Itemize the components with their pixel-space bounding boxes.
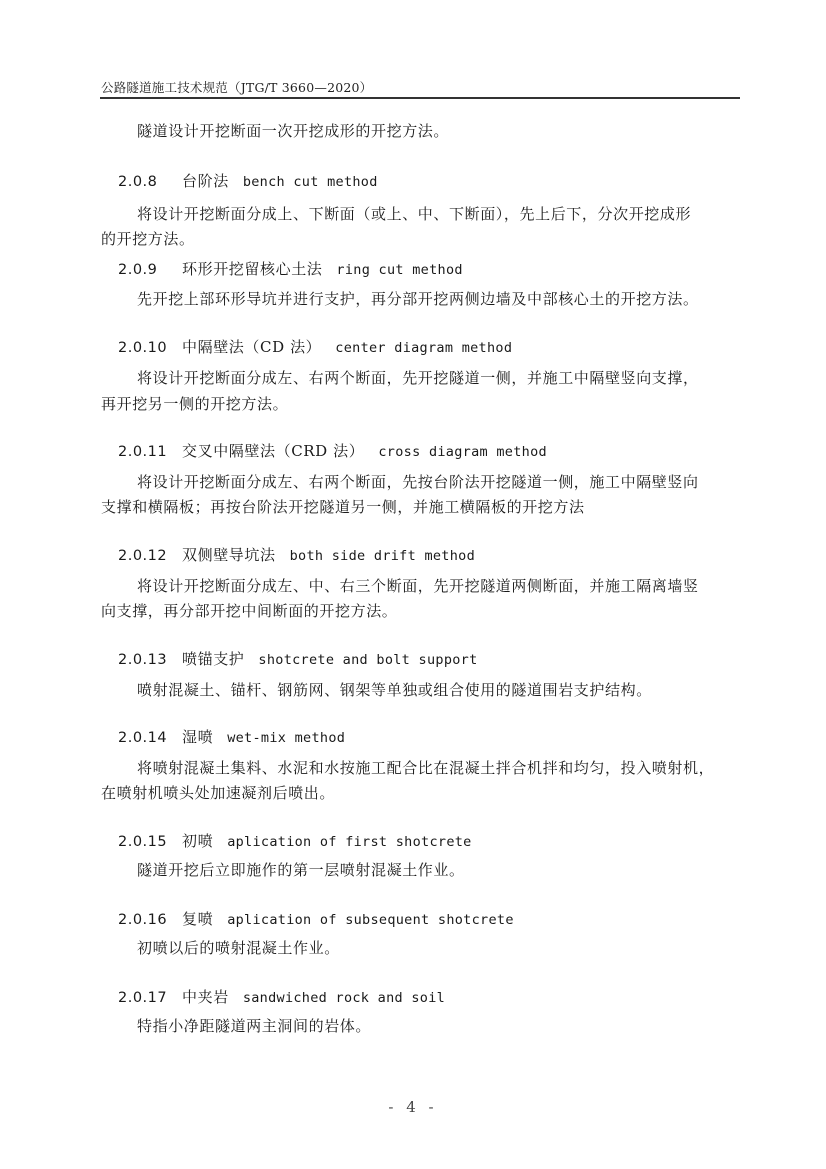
definition-line: 将设计开挖断面分成上、下断面（或上、中、下断面），先上后下，分次开挖成形 [137, 203, 691, 224]
definition-line: 向支撑，再分部开挖中间断面的开挖方法。 [101, 600, 397, 621]
term-cn: 台阶法 [182, 172, 229, 190]
term-number: 2.0.14 [118, 730, 182, 746]
definition-line: 初喷以后的喷射混凝土作业。 [137, 937, 340, 958]
term-number: 2.0.15 [118, 834, 182, 850]
term-en: sandwiched rock and soil [243, 990, 445, 1006]
term-heading: 2.0.9环形开挖留核心土法ring cut method [118, 258, 463, 279]
term-cn: 喷锚支护 [182, 650, 244, 668]
term-number: 2.0.12 [118, 548, 182, 564]
term-number: 2.0.17 [118, 990, 182, 1006]
term-number: 2.0.9 [118, 262, 182, 278]
definition-line: 将设计开挖断面分成左、右两个断面，先开挖隧道一侧，并施工中隔壁竖向支撑， [137, 367, 699, 388]
running-header: 公路隧道施工技术规范（JTG/T 3660—2020） [101, 78, 372, 96]
term-number: 2.0.13 [118, 652, 182, 668]
term-cn: 中隔壁法（CD 法） [182, 338, 321, 356]
term-cn: 交叉中隔壁法（CRD 法） [182, 442, 364, 460]
term-heading: 2.0.11交叉中隔壁法（CRD 法）cross diagram method [118, 440, 547, 461]
definition-line: 隧道开挖后立即施作的第一层喷射混凝土作业。 [137, 859, 465, 880]
definition-line: 先开挖上部环形导坑并进行支护，再分部开挖两侧边墙及中部核心土的开挖方法。 [137, 288, 699, 309]
term-number: 2.0.16 [118, 912, 182, 928]
term-heading: 2.0.13喷锚支护shotcrete and bolt support [118, 648, 478, 669]
term-heading: 2.0.14湿喷wet-mix method [118, 726, 345, 747]
term-cn: 初喷 [182, 832, 213, 850]
header-rule [100, 97, 740, 99]
term-en: aplication of subsequent shotcrete [227, 912, 514, 928]
term-number: 2.0.8 [118, 174, 182, 190]
term-number: 2.0.10 [118, 340, 182, 356]
term-en: wet-mix method [227, 730, 345, 746]
definition-line: 支撑和横隔板；再按台阶法开挖隧道另一侧，并施工横隔板的开挖方法 [101, 496, 585, 517]
definition-line: 再开挖另一侧的开挖方法。 [101, 393, 288, 414]
page-number: - 4 - [0, 1098, 826, 1116]
definition-line: 特指小净距隧道两主洞间的岩体。 [137, 1015, 371, 1036]
definition-line: 将设计开挖断面分成左、中、右三个断面，先开挖隧道两侧断面，并施工隔离墙竖 [137, 575, 699, 596]
term-cn: 中夹岩 [182, 988, 229, 1006]
term-en: both side drift method [290, 548, 475, 564]
term-heading: 2.0.17中夹岩sandwiched rock and soil [118, 986, 445, 1007]
term-cn: 湿喷 [182, 728, 213, 746]
definition-line: 在喷射机喷头处加速凝剂后喷出。 [101, 782, 335, 803]
intro-line: 隧道设计开挖断面一次开挖成形的开挖方法。 [137, 120, 449, 141]
term-cn: 复喷 [182, 910, 213, 928]
definition-line: 将喷射混凝土集料、水泥和水按施工配合比在混凝土拌合机拌和均匀，投入喷射机， [137, 757, 714, 778]
term-heading: 2.0.12双侧壁导坑法both side drift method [118, 544, 475, 565]
term-number: 2.0.11 [118, 444, 182, 460]
term-en: shotcrete and bolt support [258, 652, 477, 668]
definition-line: 的开挖方法。 [101, 228, 195, 249]
term-cn: 环形开挖留核心土法 [182, 260, 322, 278]
term-en: bench cut method [243, 174, 378, 190]
term-en: ring cut method [336, 262, 462, 278]
term-cn: 双侧壁导坑法 [182, 546, 276, 564]
term-en: center diagram method [335, 340, 512, 356]
term-en: aplication of first shotcrete [227, 834, 471, 850]
definition-line: 将设计开挖断面分成左、右两个断面，先按台阶法开挖隧道一侧，施工中隔壁竖向 [137, 471, 699, 492]
term-en: cross diagram method [378, 444, 547, 460]
term-heading: 2.0.16复喷aplication of subsequent shotcre… [118, 908, 514, 929]
term-heading: 2.0.8台阶法bench cut method [118, 170, 378, 191]
term-heading: 2.0.10中隔壁法（CD 法）center diagram method [118, 336, 512, 357]
definition-line: 喷射混凝土、锚杆、钢筋网、钢架等单独或组合使用的隧道围岩支护结构。 [137, 679, 652, 700]
term-heading: 2.0.15初喷aplication of first shotcrete [118, 830, 472, 851]
